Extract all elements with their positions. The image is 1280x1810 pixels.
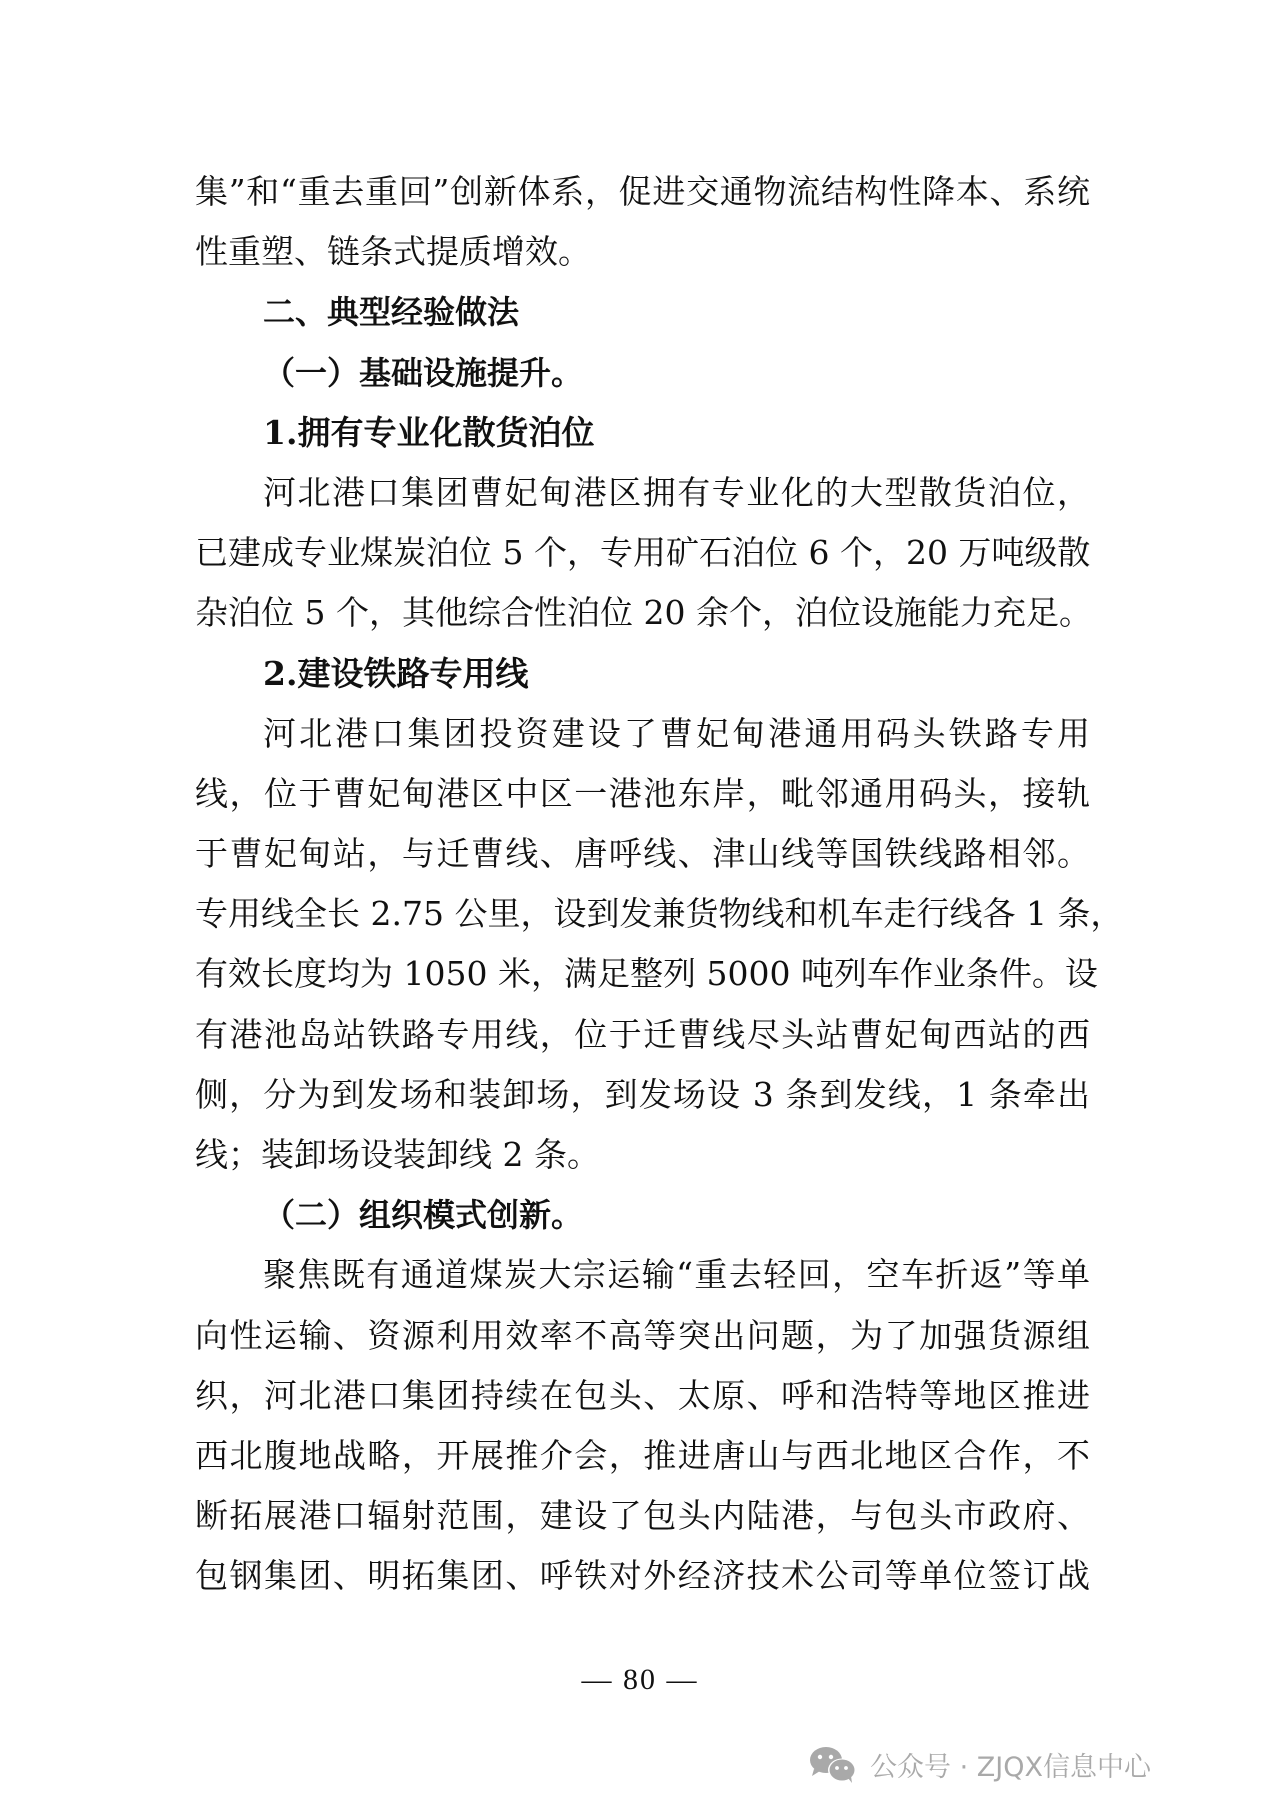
watermark: 公众号 · ZJQX信息中心 [808,1744,1151,1784]
paragraph-line: 杂泊位 5 个，其他综合性泊位 20 余个，泊位设施能力充足。 [195,583,1090,643]
item-heading: 1.拥有专业化散货泊位 [195,403,1090,463]
paragraph-line: 有效长度均为 1050 米，满足整列 5000 吨列车作业条件。设 [195,944,1090,1004]
paragraph-line: 性重塑、链条式提质增效。 [195,222,1090,282]
section-heading: 二、典型经验做法 [195,282,1090,342]
wechat-icon [808,1744,858,1784]
subsection-heading: （二）组织模式创新。 [195,1185,1090,1245]
paragraph-line: 侧，分为到发场和装卸场，到发场设 3 条到发线，1 条牵出 [195,1065,1090,1125]
watermark-text: 公众号 · ZJQX信息中心 [870,1745,1151,1784]
item-heading: 2.建设铁路专用线 [195,644,1090,704]
paragraph-line: 向性运输、资源利用效率不高等突出问题，为了加强货源组 [195,1306,1090,1366]
paragraph-line: 线；装卸场设装卸线 2 条。 [195,1125,1090,1185]
paragraph-line: 织，河北港口集团持续在包头、太原、呼和浩特等地区推进 [195,1366,1090,1426]
paragraph-line: 已建成专业煤炭泊位 5 个，专用矿石泊位 6 个，20 万吨级散 [195,523,1090,583]
paragraph-line: 集”和“重去重回”创新体系，促进交通物流结构性降本、系统 [195,162,1090,222]
paragraph-line: 有港池岛站铁路专用线，位于迁曹线尽头站曹妃甸西站的西 [195,1005,1090,1065]
paragraph-line: 聚焦既有通道煤炭大宗运输“重去轻回，空车折返”等单 [195,1245,1090,1305]
paragraph-line: 河北港口集团曹妃甸港区拥有专业化的大型散货泊位， [195,463,1090,523]
paragraph-line: 专用线全长 2.75 公里，设到发兼货物线和机车走行线各 1 条， [195,884,1090,944]
document-body: 集”和“重去重回”创新体系，促进交通物流结构性降本、系统性重塑、链条式提质增效。… [195,162,1090,1607]
paragraph-line: 于曹妃甸站，与迁曹线、唐呼线、津山线等国铁线路相邻。 [195,824,1090,884]
paragraph-line: 断拓展港口辐射范围，建设了包头内陆港，与包头市政府、 [195,1486,1090,1546]
paragraph-line: 西北腹地战略，开展推介会，推进唐山与西北地区合作，不 [195,1426,1090,1486]
paragraph-line: 包钢集团、明拓集团、呼铁对外经济技术公司等单位签订战 [195,1546,1090,1606]
document-page: 集”和“重去重回”创新体系，促进交通物流结构性降本、系统性重塑、链条式提质增效。… [0,0,1280,1810]
subsection-heading: （一）基础设施提升。 [195,343,1090,403]
paragraph-line: 线，位于曹妃甸港区中区一港池东岸，毗邻通用码头，接轨 [195,764,1090,824]
page-number: — 80 — [0,1663,1280,1697]
paragraph-line: 河北港口集团投资建设了曹妃甸港通用码头铁路专用 [195,704,1090,764]
